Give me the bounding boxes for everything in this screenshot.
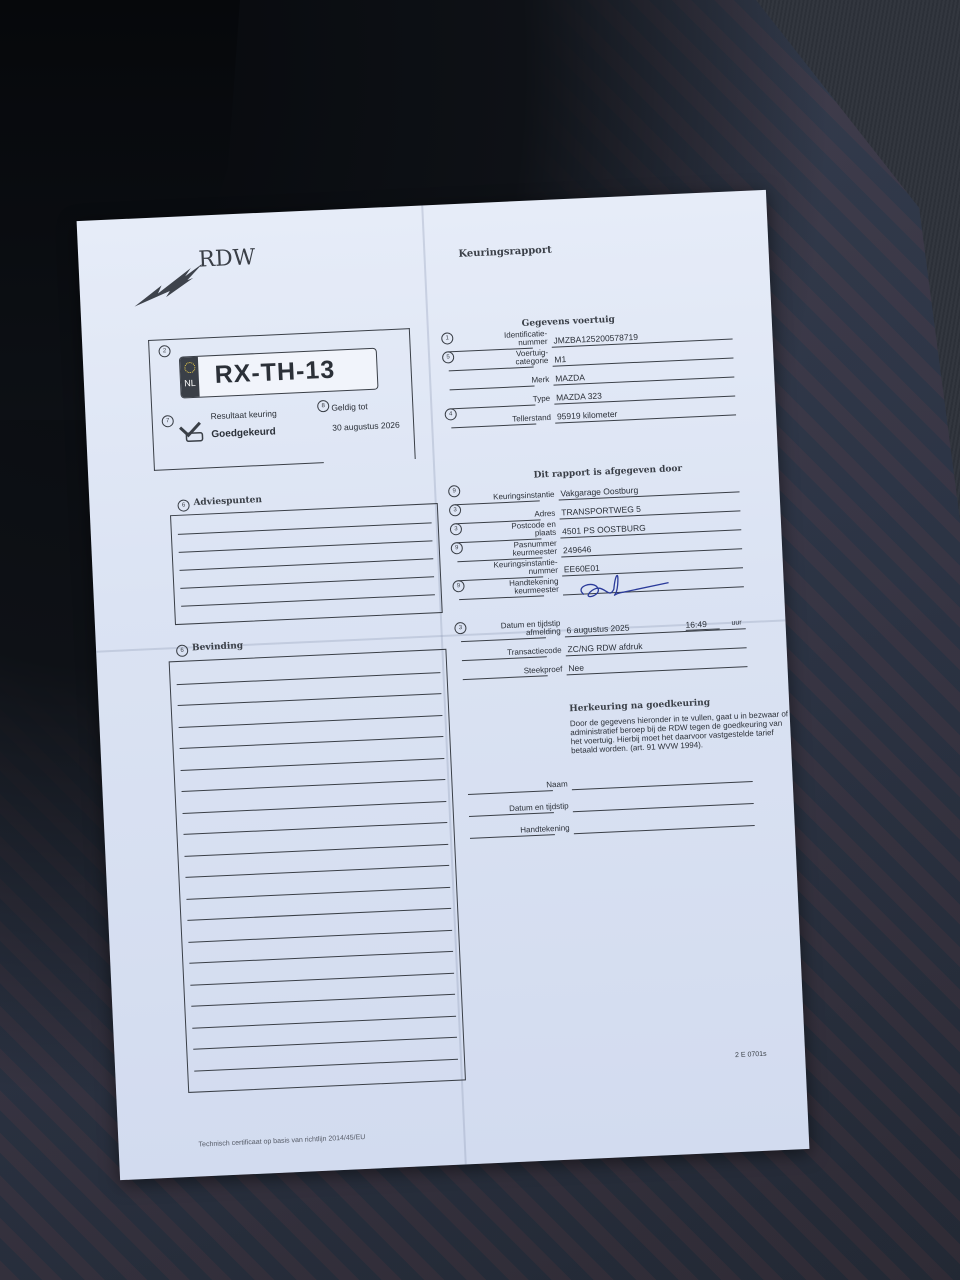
writing-line	[189, 951, 453, 964]
country-code: NL	[184, 378, 196, 389]
valid-label: Geldig tot	[331, 401, 368, 413]
value-rule	[567, 666, 748, 675]
herkeuring-text: Door de gegevens hieronder in te vullen,…	[570, 709, 791, 755]
marker-6a: 6	[177, 499, 190, 512]
writing-line	[183, 822, 447, 835]
writing-line	[179, 715, 443, 728]
report-title: Keuringsrapport	[458, 245, 552, 260]
license-plate: NL RX-TH-13	[179, 348, 379, 399]
writing-line	[180, 736, 444, 749]
footer-note: Technisch certificaat op basis van richt…	[198, 1134, 365, 1149]
afmelding-time: 16:49	[685, 618, 719, 631]
value-rule	[574, 825, 755, 834]
writing-line	[193, 1037, 457, 1050]
writing-line	[185, 865, 449, 878]
country-strip: NL	[180, 357, 200, 398]
vehicle-value: MAZDA	[555, 372, 585, 383]
writing-line	[186, 886, 450, 899]
writing-line	[184, 843, 448, 856]
writing-line	[190, 972, 454, 985]
writing-line	[188, 929, 452, 942]
time-unit: uur	[731, 619, 741, 626]
marker-6b: 6	[176, 645, 189, 658]
adviespunten-box[interactable]	[170, 503, 443, 625]
adviespunten-heading: Adviespunten	[193, 495, 262, 508]
writing-line	[194, 1058, 458, 1071]
vehicle-value: MAZDA 323	[556, 391, 602, 403]
eu-stars-icon	[184, 362, 195, 373]
inspector-signature	[563, 562, 675, 607]
writing-line	[177, 672, 441, 685]
writing-line	[183, 800, 447, 813]
issuer-value: 249646	[563, 544, 592, 555]
writing-line	[178, 522, 432, 535]
form-code: 2 E 0701s	[735, 1051, 767, 1059]
car-approved-icon	[178, 421, 205, 444]
writing-line	[178, 693, 442, 706]
herkeuring-heading: Herkeuring na goedkeuring	[569, 698, 710, 714]
writing-line	[181, 594, 435, 607]
org-name: RDW	[198, 245, 256, 273]
plate-number: RX-TH-13	[214, 356, 336, 390]
writing-line	[191, 994, 455, 1007]
bevinding-box[interactable]	[169, 649, 466, 1093]
bevinding-heading: Bevinding	[192, 641, 243, 653]
writing-line	[179, 540, 433, 553]
vehicle-value: M1	[554, 354, 566, 365]
transaction-value: Nee	[568, 663, 584, 674]
writing-line	[187, 908, 451, 921]
writing-line	[182, 779, 446, 792]
writing-line	[180, 558, 434, 571]
inspection-report-sheet: RDW Keuringsrapport 2 NL RX-TH-13 7 Resu…	[77, 190, 810, 1180]
writing-line	[181, 758, 445, 771]
writing-line	[192, 1015, 456, 1028]
writing-line	[180, 576, 434, 589]
